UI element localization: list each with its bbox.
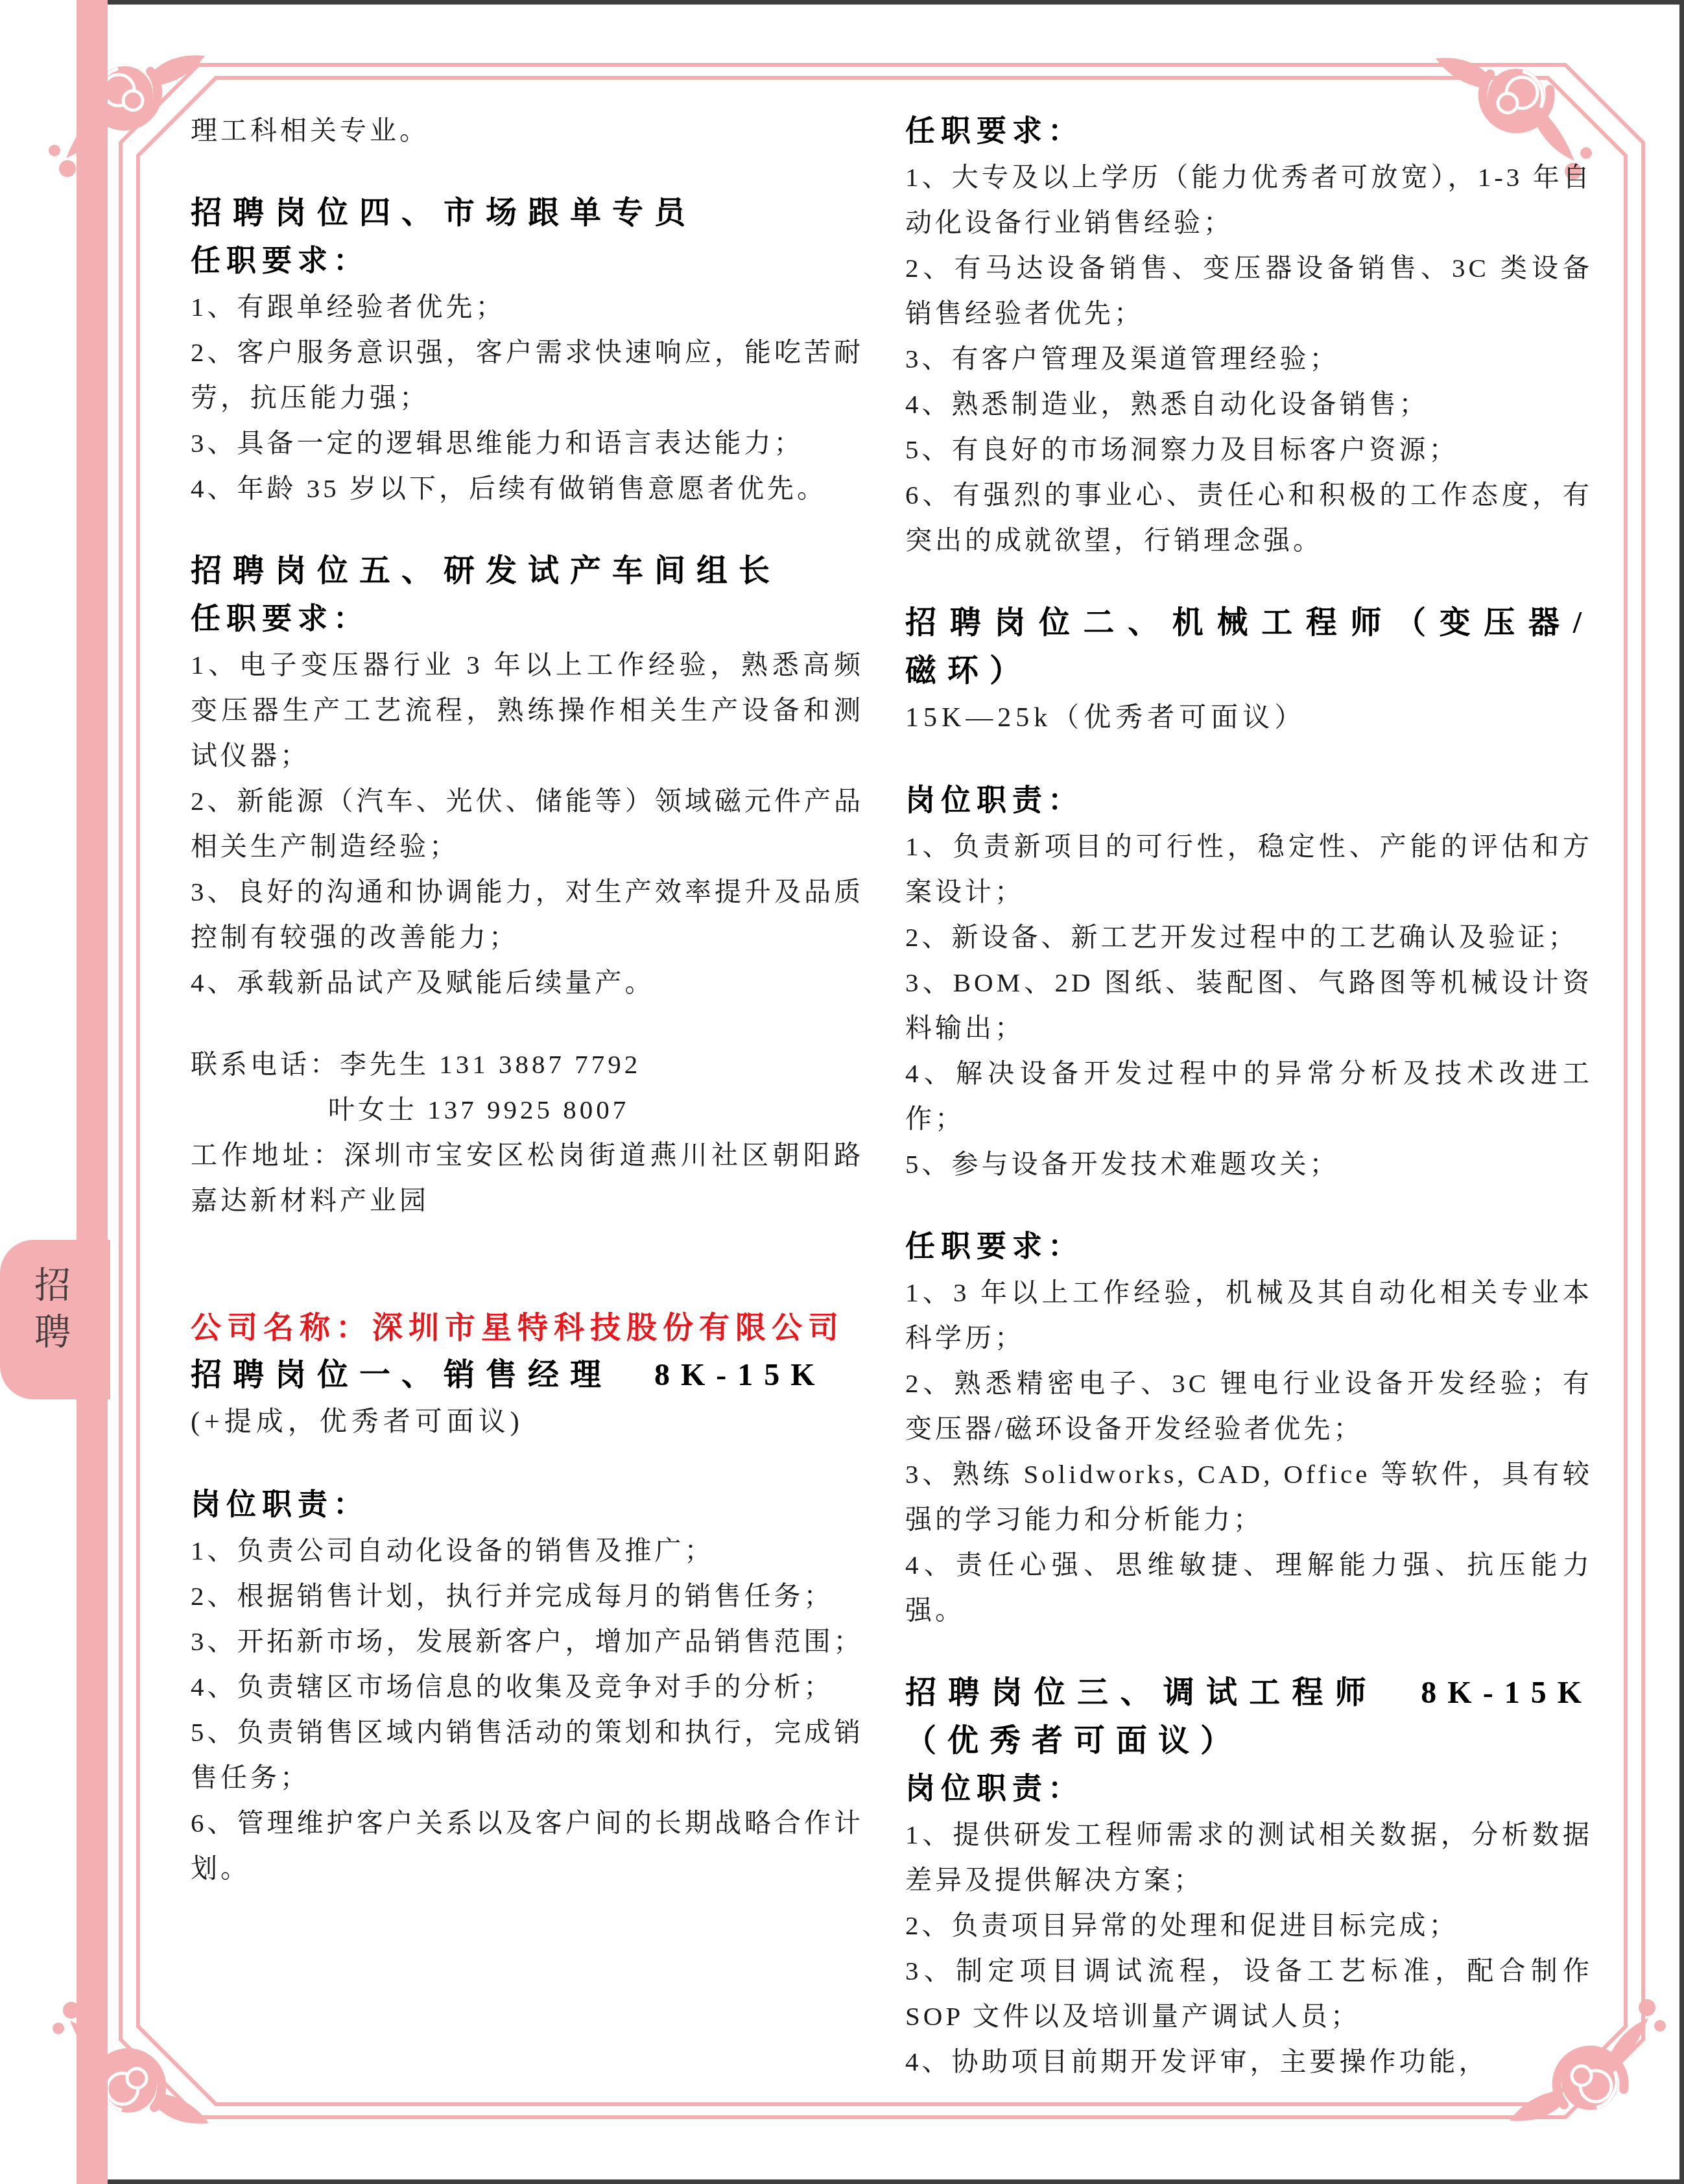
position2-req-item-4: 4、责任心强、思维敏捷、理解能力强、抗压能力强。 bbox=[905, 1542, 1593, 1633]
position2-requirements-heading: 任职要求： bbox=[905, 1223, 1593, 1270]
position5-req-item-4: 4、承载新品试产及赋能后续量产。 bbox=[191, 960, 864, 1005]
contact-phone-line-1: 联系电话：李先生 131 3887 7792 bbox=[191, 1041, 864, 1087]
position4-req-item-4: 4、年龄 35 岁以下，后续有做销售意愿者优先。 bbox=[191, 466, 864, 511]
position2-duty-item-4: 4、解决设备开发过程中的异常分析及技术改进工作； bbox=[905, 1050, 1593, 1141]
position1-duty-item-5: 5、负责销售区域内销售活动的策划和执行，完成销售任务； bbox=[191, 1709, 864, 1800]
recruitment-side-tab: 招聘 bbox=[0, 1240, 110, 1399]
position2-salary-note: 15K—25k（优秀者可面议） bbox=[905, 695, 1593, 741]
recruitment-flyer-page: 招聘 理工科相关专业。 招聘岗位四、市场跟单专员 任职要求： 1、有跟单经验者优… bbox=[0, 0, 1684, 2184]
company-name: 公司名称：深圳市星特科技股份有限公司 bbox=[191, 1305, 864, 1351]
work-address: 工作地址：深圳市宝安区松岗街道燕川社区朝阳路嘉达新材料产业园 bbox=[191, 1132, 864, 1223]
position1-title: 招聘岗位一、销售经理 8K-15K bbox=[191, 1351, 864, 1399]
position3-duty-item-4: 4、协助项目前期开发评审，主要操作功能， bbox=[905, 2039, 1593, 2084]
position4-req-item-2: 2、客户服务意识强，客户需求快速响应，能吃苦耐劳，抗压能力强； bbox=[191, 329, 864, 420]
position1-req-item-2: 2、有马达设备销售、变压器设备销售、3C 类设备销售经验者优先； bbox=[905, 245, 1593, 336]
position2-req-item-3: 3、熟练 Solidworks, CAD, Office 等软件，具有较强的学习… bbox=[905, 1451, 1593, 1542]
position2-req-item-1: 1、3 年以上工作经验，机械及其自动化相关专业本科学历； bbox=[905, 1270, 1593, 1360]
contact-phone-line-2: 叶女士 137 9925 8007 bbox=[191, 1087, 864, 1132]
position2-duty-item-2: 2、新设备、新工艺开发过程中的工艺确认及验证； bbox=[905, 914, 1593, 960]
position2-duty-item-3: 3、BOM、2D 图纸、装配图、气路图等机械设计资料输出； bbox=[905, 960, 1593, 1050]
position1-req-item-3: 3、有客户管理及渠道管理经验； bbox=[905, 336, 1593, 381]
position3-duty-item-1: 1、提供研发工程师需求的测试相关数据，分析数据差异及提供解决方案； bbox=[905, 1812, 1593, 1903]
position4-requirements-heading: 任职要求： bbox=[191, 237, 864, 284]
position4-title: 招聘岗位四、市场跟单专员 bbox=[191, 189, 864, 237]
position5-requirements-heading: 任职要求： bbox=[191, 595, 864, 642]
position2-duty-item-1: 1、负责新项目的可行性，稳定性、产能的评估和方案设计； bbox=[905, 824, 1593, 914]
position5-req-item-3: 3、良好的沟通和协调能力，对生产效率提升及品质控制有较强的改善能力； bbox=[191, 869, 864, 960]
position1-duty-item-6: 6、管理维护客户关系以及客户间的长期战略合作计划。 bbox=[191, 1800, 864, 1891]
position3-duty-item-2: 2、负责项目异常的处理和促进目标完成； bbox=[905, 1903, 1593, 1948]
position4-req-item-1: 1、有跟单经验者优先； bbox=[191, 284, 864, 329]
position2-req-item-2: 2、熟悉精密电子、3C 锂电行业设备开发经验；有变压器/磁环设备开发经验者优先； bbox=[905, 1360, 1593, 1451]
position5-req-item-2: 2、新能源（汽车、光伏、储能等）领域磁元件产品相关生产制造经验； bbox=[191, 778, 864, 869]
position1-salary-note: (+提成，优秀者可面议) bbox=[191, 1399, 864, 1445]
position2-duties-heading: 岗位职责： bbox=[905, 777, 1593, 824]
position1-duty-item-3: 3、开拓新市场，发展新客户，增加产品销售范围； bbox=[191, 1619, 864, 1664]
position1-duties-heading: 岗位职责： bbox=[191, 1481, 864, 1528]
position1-req-item-5: 5、有良好的市场洞察力及目标客户资源； bbox=[905, 427, 1593, 472]
position1-req-item-4: 4、熟悉制造业，熟悉自动化设备销售； bbox=[905, 381, 1593, 427]
position1-duty-item-2: 2、根据销售计划，执行并完成每月的销售任务； bbox=[191, 1573, 864, 1619]
left-accent-bar bbox=[77, 0, 108, 2184]
position1-requirements-heading: 任职要求： bbox=[905, 108, 1593, 154]
position1-duty-item-4: 4、负责辖区市场信息的收集及竞争对手的分析； bbox=[191, 1664, 864, 1709]
position5-req-item-1: 1、电子变压器行业 3 年以上工作经验，熟悉高频变压器生产工艺流程，熟练操作相关… bbox=[191, 642, 864, 778]
left-column: 理工科相关专业。 招聘岗位四、市场跟单专员 任职要求： 1、有跟单经验者优先； … bbox=[191, 108, 864, 1891]
position1-duty-item-1: 1、负责公司自动化设备的销售及推广； bbox=[191, 1528, 864, 1573]
intro-continuation-text: 理工科相关专业。 bbox=[191, 108, 864, 153]
position1-req-item-1: 1、大专及以上学历（能力优秀者可放宽），1-3 年自动化设备行业销售经验； bbox=[905, 154, 1593, 245]
recruitment-tab-label: 招聘 bbox=[23, 1266, 75, 1359]
position3-title: 招聘岗位三、调试工程师 8K-15K（优秀者可面议） bbox=[905, 1669, 1593, 1765]
position2-duty-item-5: 5、参与设备开发技术难题攻关； bbox=[905, 1141, 1593, 1187]
position2-title: 招聘岗位二、机械工程师（变压器/磁环） bbox=[905, 599, 1593, 695]
corner-ornament-top-left bbox=[49, 55, 205, 177]
position1-req-item-6: 6、有强烈的事业心、责任心和积极的工作态度，有突出的成就欲望，行销理念强。 bbox=[905, 472, 1593, 563]
position5-title: 招聘岗位五、研发试产车间组长 bbox=[191, 547, 864, 595]
position3-duty-item-3: 3、制定项目调试流程，设备工艺标准，配合制作 SOP 文件以及培训量产调试人员； bbox=[905, 1948, 1593, 2039]
position4-req-item-3: 3、具备一定的逻辑思维能力和语言表达能力； bbox=[191, 420, 864, 466]
position3-duties-heading: 岗位职责： bbox=[905, 1765, 1593, 1812]
right-column: 任职要求： 1、大专及以上学历（能力优秀者可放宽），1-3 年自动化设备行业销售… bbox=[905, 108, 1593, 2084]
